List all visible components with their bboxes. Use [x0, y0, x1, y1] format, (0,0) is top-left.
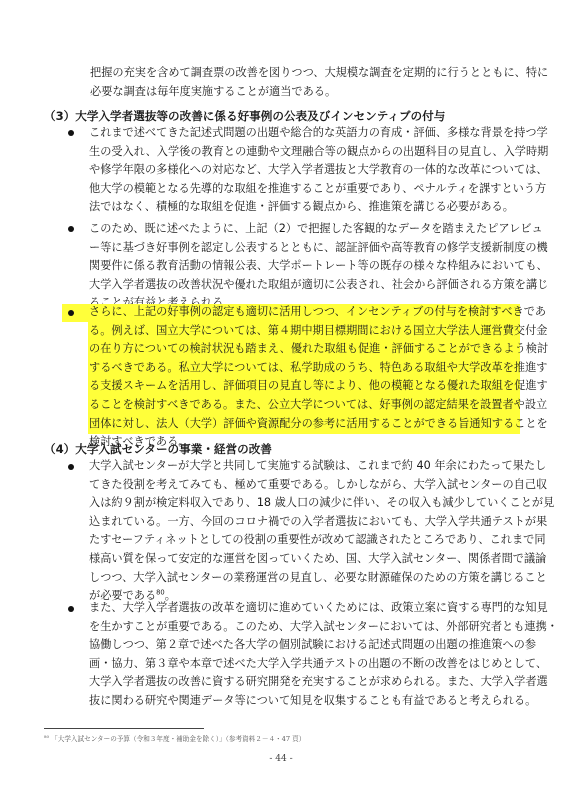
- footnote-reference[interactable]: 80: [156, 588, 165, 596]
- text-line: しつつ、大学入試センターの業務運営の見直し、必要な財源確保のための方策を講じるこ…: [89, 569, 554, 588]
- text-line: 法ではなく、積極的な取組を促進・評価する観点から、推進策を講じる必要がある。: [89, 198, 548, 217]
- page-number: - 44 -: [0, 754, 562, 764]
- text-line: や修学年限の多様化への対応など、大学入学者選抜と大学教育の一体的な改革については…: [89, 161, 548, 180]
- text-line: 協働しつつ、第２章で述べた各大学の個別試験における記述式問題の出題の推進策への参: [89, 636, 558, 655]
- text-line: 抜に関わる研究や関連データ等について知見を収集することも有益であると考えられる。: [89, 692, 558, 711]
- text-line: 把握の充実を含めて調査票の改善を図りつつ、大規模な調査を定期的に行うとともに、特…: [90, 64, 548, 83]
- text-line: ー等に基づき好事例を認定し公表するとともに、認証評価や高等教育の修学支援新制度の…: [89, 239, 548, 258]
- text-line: る。例えば、国立大学については、第４期中期目標期間における国立大学法人運営費交付…: [89, 322, 548, 341]
- bullet-icon: [68, 310, 74, 316]
- text-line: 関要件に係る教育活動の情報公表、大学ポートレート等の既存の様々な枠組みにおいても…: [89, 257, 548, 276]
- text-line: さらに、上記の好事例の認定も適切に活用しつつ、インセンティブの付与を検討すべきで…: [89, 303, 548, 322]
- text-line: 大学入試センターが大学と共同して実施する試験は、これまで約 40 年余にわたって…: [89, 457, 554, 476]
- bullet-icon: [68, 226, 74, 232]
- document-page: 把握の充実を含めて調査票の改善を図りつつ、大規模な調査を定期的に行うとともに、特…: [0, 0, 562, 800]
- section-3-heading: （3）大学入学者選抜等の改善に係る好事例の公表及びインセンティブの付与: [44, 107, 445, 125]
- text-line: の在り方についての検討状況も踏まえ、優れた取組も促進・評価することができるよう検…: [89, 340, 548, 359]
- text-line: たすセーフティネットとしての役割の重要性が改めて認識されたところであり、これまで…: [89, 531, 554, 550]
- text-line: するべきである。私立大学については、私学助成のうち、特色ある取組や大学改革を推進…: [89, 359, 548, 378]
- text-line: 様高い質を保って安定的な運営を図っていくため、国、大学入試センター、関係者間で議…: [89, 550, 554, 569]
- intro-paragraph: 把握の充実を含めて調査票の改善を図りつつ、大規模な調査を定期的に行うとともに、特…: [90, 64, 548, 101]
- section-3-bullet-1: これまで述べてきた記述式問題の出題や総合的な英語力の育成・評価、多様な背景を持つ…: [89, 124, 548, 217]
- text-line: 団体に対し、法人（大学）評価や資源配分の参考に活用することができる旨通知すること…: [89, 415, 548, 434]
- bullet-icon: [68, 606, 74, 612]
- footnote-text: 「大学入試センターの予算（令和３年度・補助金を除く）」（参考資料２－４・47 頁…: [51, 735, 305, 743]
- text-line: 必要な調査は毎年度実施することが適当である。: [90, 83, 548, 102]
- text-line: 入は約９割が検定料収入であり、18 歳人口の減少に伴い、その収入も減少していくこ…: [89, 494, 554, 513]
- bullet-icon: [68, 464, 74, 470]
- section-4-bullet-1: 大学入試センターが大学と共同して実施する試験は、これまで約 40 年余にわたって…: [89, 457, 554, 606]
- text-line: 他大学の模範となる先導的な取組を推進することが重要であり、ペナルティを課すという…: [89, 180, 548, 199]
- footnote-divider: [44, 728, 204, 729]
- text-line: このため、既に述べたように、上記（2）で把握した客観的なデータを踏まえたピアレビ…: [89, 220, 548, 239]
- section-4-heading: （4）大学入試センターの事業・経営の改善: [44, 440, 272, 458]
- text-line: 込まれている。一方、今回のコロナ禍での入学者選抜においても、大学入学共通テストが…: [89, 513, 554, 532]
- text-line: ることを検討すべきである。また、公立大学については、好事例の認定結果を設置者や設…: [89, 396, 548, 415]
- text-line: 画・協力、第３章や本章で述べた大学入学共通テストの出題の不断の改善をはじめとして…: [89, 655, 558, 674]
- footnote: 80 「大学入試センターの予算（令和３年度・補助金を除く）」（参考資料２－４・4…: [44, 733, 305, 743]
- text-line: る支援スキームを活用し、評価項目の見直し等により、他の模範となる優れた取組を促進…: [89, 377, 548, 396]
- section-3-bullet-3-highlighted: さらに、上記の好事例の認定も適切に活用しつつ、インセンティブの付与を検討すべきで…: [89, 303, 548, 452]
- section-3-bullet-2: このため、既に述べたように、上記（2）で把握した客観的なデータを踏まえたピアレビ…: [89, 220, 548, 313]
- text-line: てきた役割を考えてみても、極めて重要である。しかしながら、大学入試センターの自己…: [89, 476, 554, 495]
- bullet-icon: [68, 130, 74, 136]
- text-line: を生かすことが重要である。このため、大学入試センターにおいては、外部研究者とも連…: [89, 618, 558, 637]
- footnote-number: 80: [44, 734, 49, 739]
- text-line: 大学入学者選抜の改善状況や優れた取組が適切に公表され、社会から評価される方策を講…: [89, 276, 548, 295]
- section-4-bullet-2: また、大学入学者選抜の改革を適切に進めていくためには、政策立案に資する専門的な知…: [89, 599, 558, 711]
- text-line: 大学入学者選抜の改善に資する研究開発を充実することが求められる。また、大学入学者…: [89, 673, 558, 692]
- text-line: これまで述べてきた記述式問題の出題や総合的な英語力の育成・評価、多様な背景を持つ…: [89, 124, 548, 143]
- text-line: 生の受入れ、入学後の教育との連動や文理融合等の観点からの出題科目の見直し、入学時…: [89, 143, 548, 162]
- text-line: また、大学入学者選抜の改革を適切に進めていくためには、政策立案に資する専門的な知…: [89, 599, 558, 618]
